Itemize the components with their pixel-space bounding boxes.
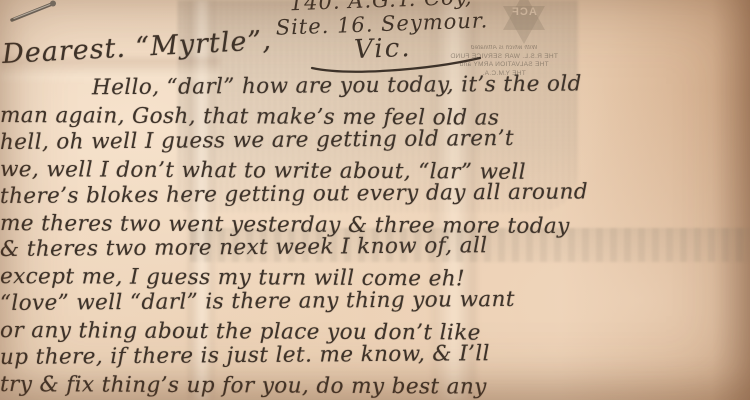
letter-photo: ACF With which is Affiliated THE R.S.L. … [0, 0, 750, 400]
photo-vignette [0, 0, 750, 400]
